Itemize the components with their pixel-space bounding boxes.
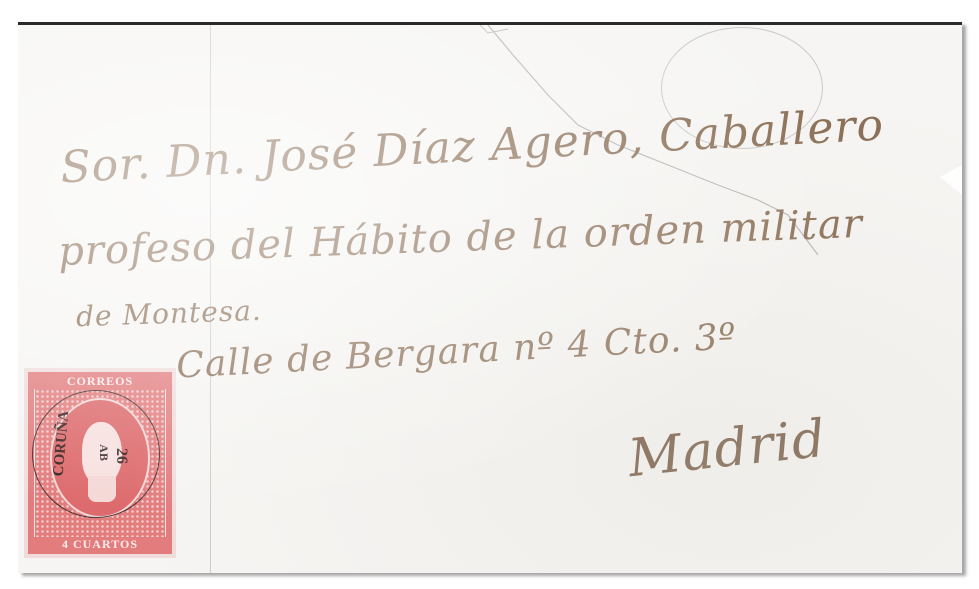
postmark-day: 26 <box>112 448 130 464</box>
postage-stamp: CORREOS 4 CUARTOS CORUÑA AB 26 <box>24 368 176 558</box>
stamp-value-label: 4 CUARTOS <box>28 537 172 552</box>
postmark-city: CORUÑA <box>51 410 74 477</box>
address-line-4: Calle de Bergara nº 4 Cto. 3º <box>175 316 737 386</box>
address-line-2: profeso del Hábito de la orden militar <box>57 201 863 275</box>
circular-postmark: CORUÑA AB 26 <box>32 390 160 518</box>
address-line-3: de Montesa. <box>75 294 262 333</box>
postmark-month: AB <box>96 444 111 461</box>
stamp-top-label: CORREOS <box>28 374 172 389</box>
address-line-1: Sor. Dn. José Díaz Agero, Caballero <box>59 99 885 193</box>
address-city: Madrid <box>625 409 828 489</box>
letter-sheet: Sor. Dn. José Díaz Agero, Caballero prof… <box>18 22 962 573</box>
